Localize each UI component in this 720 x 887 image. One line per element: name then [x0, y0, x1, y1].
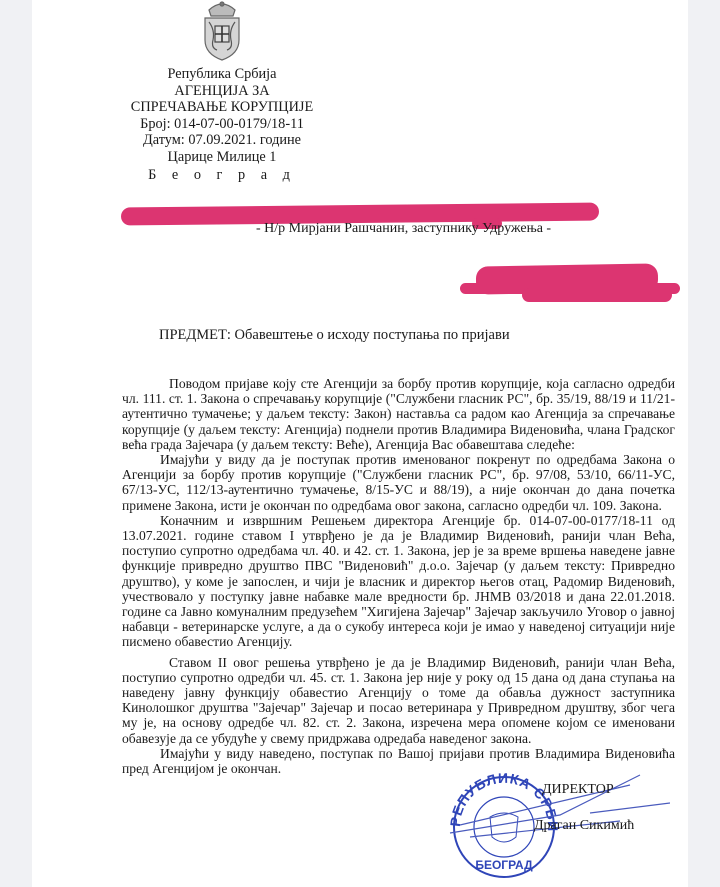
subject-line: ПРЕДМЕТ: Обавештење о исходу поступања п…: [159, 327, 510, 344]
street-address: Царице Милице 1: [100, 149, 344, 166]
agency-name-line1: АГЕНЦИЈА ЗА: [100, 83, 344, 100]
signatory-name: Драган Сикимић: [534, 818, 634, 834]
signature-block: РЕПУБЛИКА СРБИЈА БЕОГРАД ДИРЕКТОР Драган…: [452, 765, 682, 885]
signatory-title: ДИРЕКТОР: [542, 782, 614, 798]
coat-of-arms-icon: [195, 0, 249, 62]
paragraph: Коначним и извршним Решењем директора Аг…: [122, 513, 675, 650]
letter-body: Поводом пријаве коју сте Агенцији за бор…: [122, 376, 675, 776]
country-name: Република Србија: [100, 66, 344, 83]
document-page: Република Србија АГЕНЦИЈА ЗА СПРЕЧАВАЊЕ …: [32, 0, 688, 887]
letterhead: Република Србија АГЕНЦИЈА ЗА СПРЕЧАВАЊЕ …: [100, 66, 344, 183]
document-number: Број: 014-07-00-0179/18-11: [100, 116, 344, 133]
paragraph: Имајући у виду да је поступак против име…: [122, 452, 675, 513]
document-date: Датум: 07.09.2021. године: [100, 132, 344, 149]
agency-name-line2: СПРЕЧАВАЊЕ КОРУПЦИЈЕ: [100, 99, 344, 116]
svg-text:БЕОГРАД: БЕОГРАД: [475, 858, 533, 872]
paragraph: Ставом II овог решења утврђено је да је …: [122, 655, 675, 746]
city: Б е о г р а д: [100, 167, 344, 184]
recipient-line: - Н/р Мирјани Рашчанин, заступнику Удруж…: [256, 221, 551, 237]
paragraph: Поводом пријаве коју сте Агенцији за бор…: [122, 376, 675, 452]
redaction-mark: [522, 288, 672, 302]
